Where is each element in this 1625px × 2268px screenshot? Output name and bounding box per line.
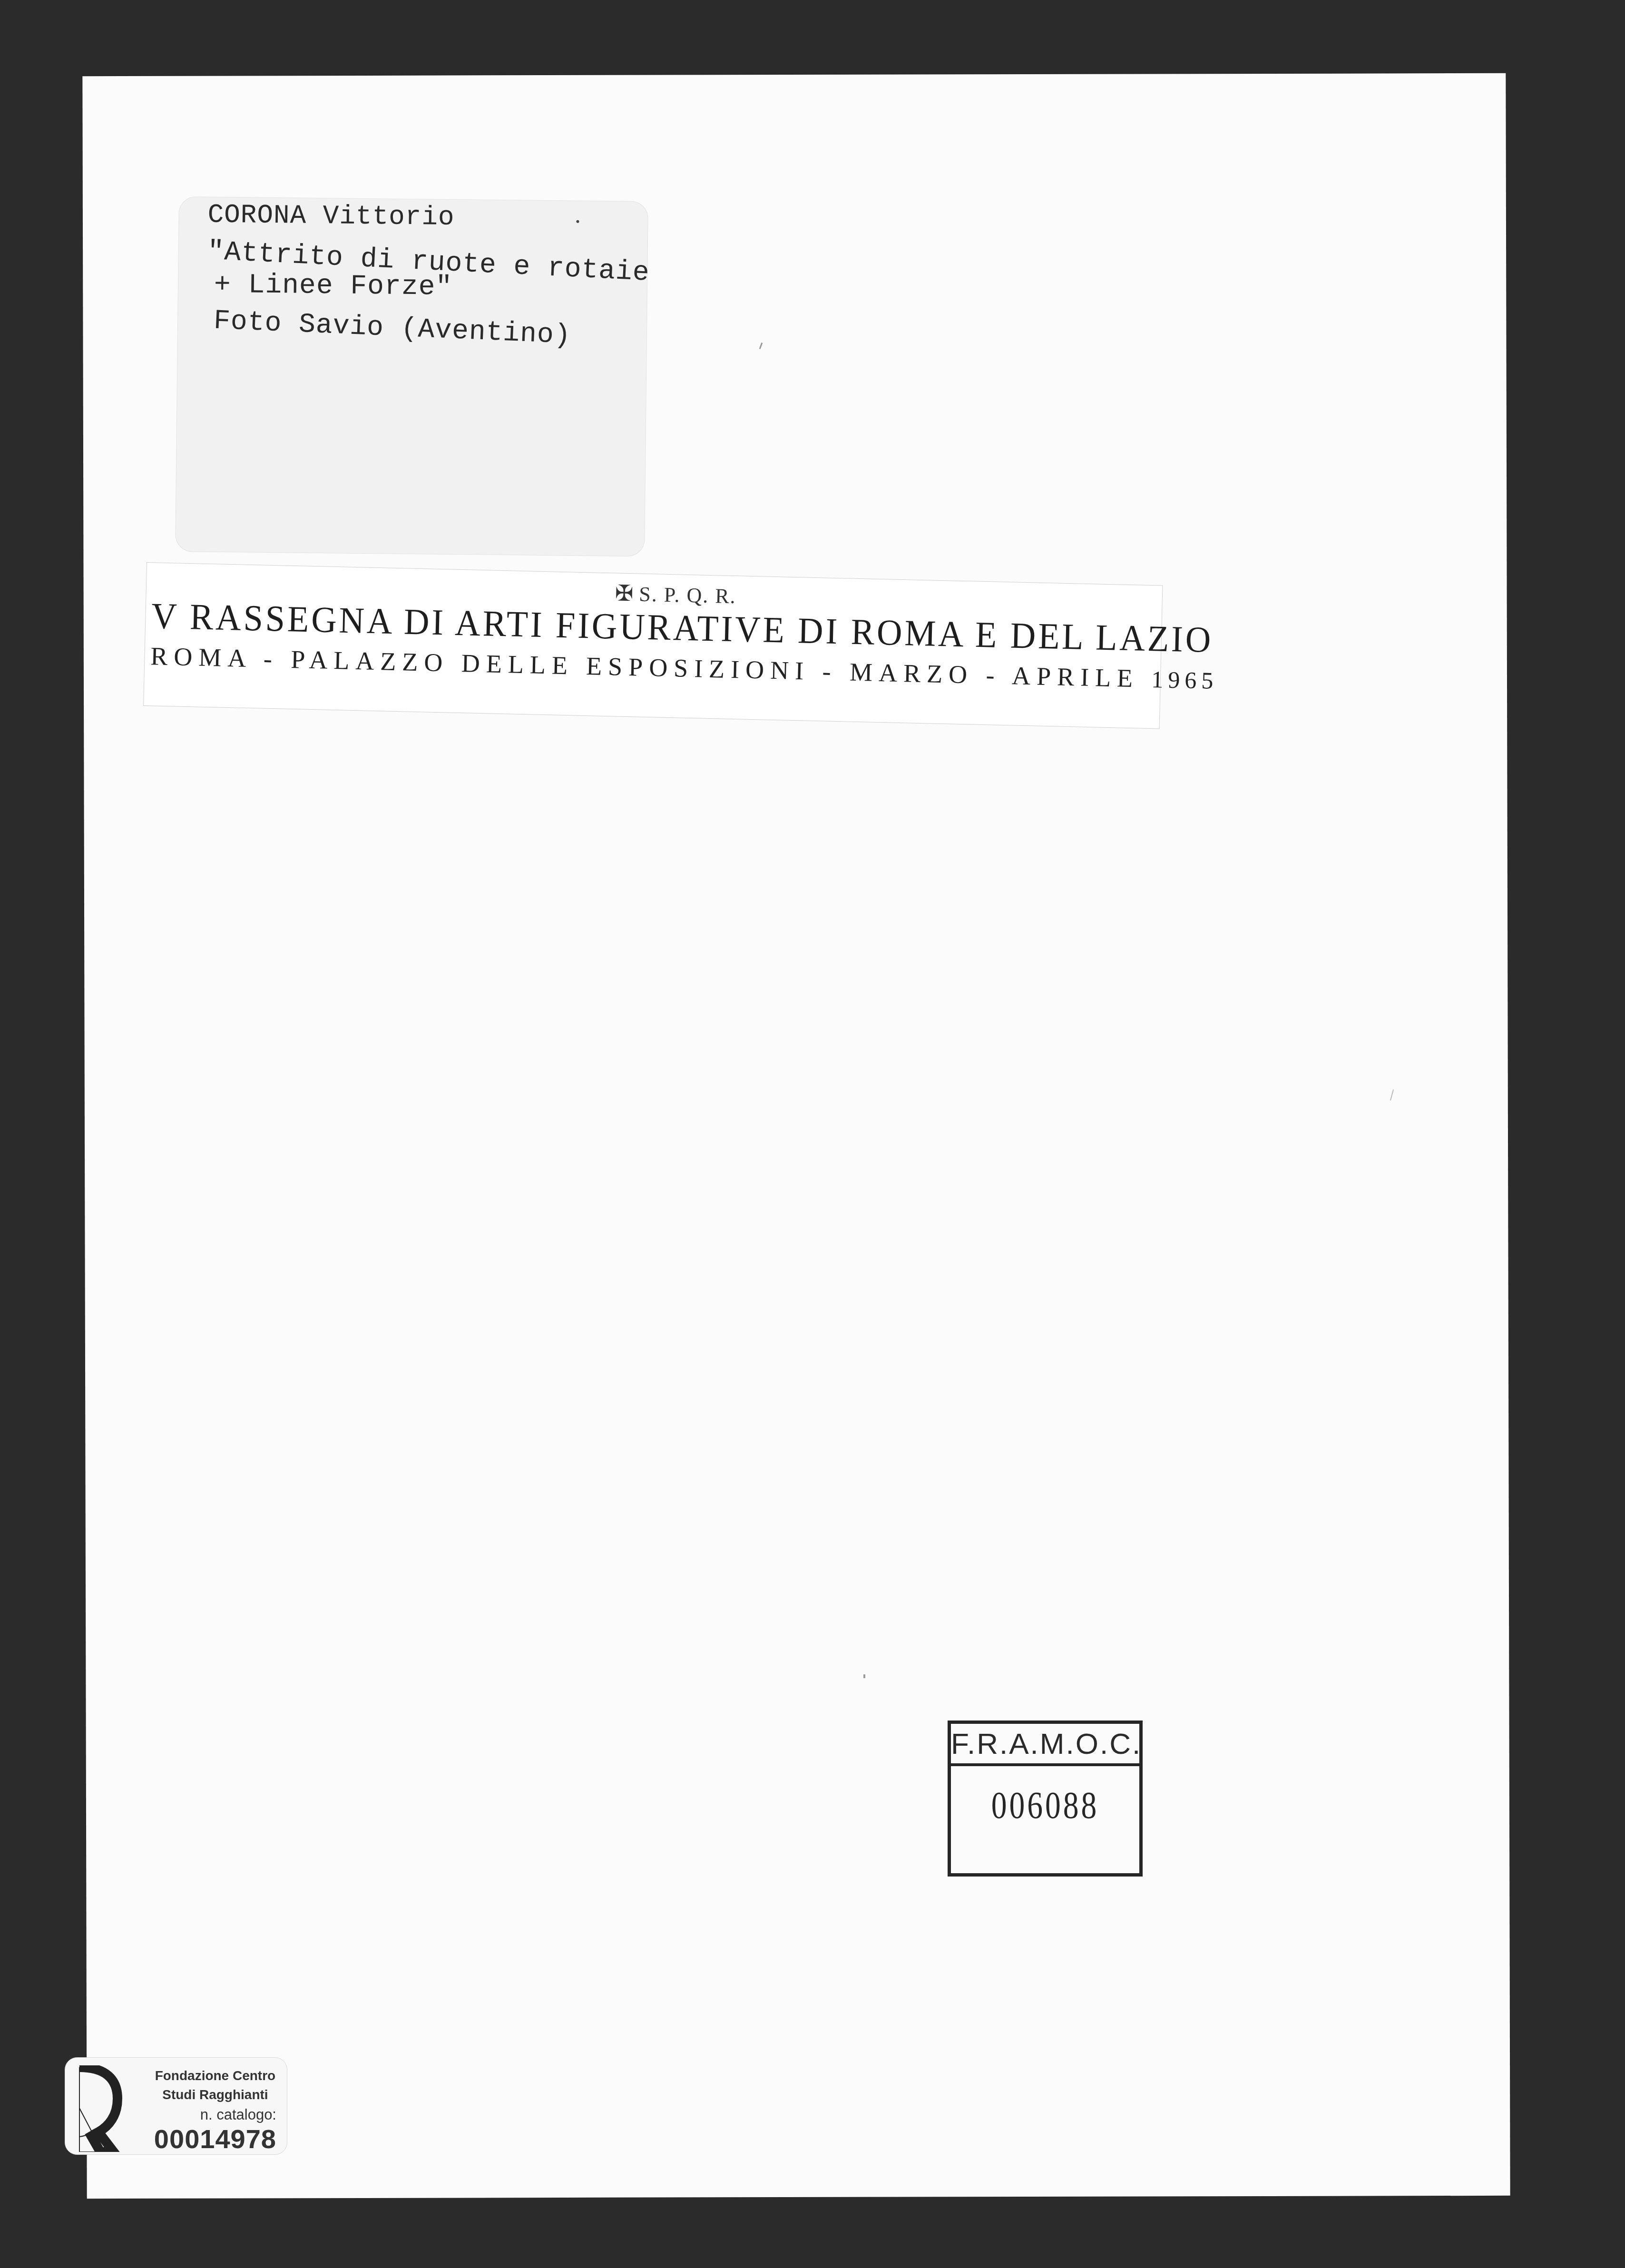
ink-fleck — [576, 220, 579, 223]
exhibition-year: 1965 — [1151, 666, 1218, 694]
stamp-number: 006088 — [968, 1784, 1123, 1828]
stamp-header: F.R.A.M.O.C. — [951, 1724, 1139, 1766]
catalog-sticker: Fondazione Centro Studi Ragghianti n. ca… — [65, 2057, 287, 2155]
cross-emblem-icon: ✠ — [615, 581, 635, 606]
catalog-number: 00014978 — [154, 2125, 276, 2153]
framoc-archive-stamp: F.R.A.M.O.C. 006088 — [948, 1721, 1143, 1877]
spqr-text: S. P. Q. R. — [639, 583, 736, 608]
sticker-text: Fondazione Centro Studi Ragghianti n. ca… — [154, 2066, 276, 2153]
exhibition-label: ✠S. P. Q. R. V RASSEGNA DI ARTI FIGURATI… — [143, 562, 1163, 729]
ragghianti-logo-icon — [78, 2065, 125, 2152]
artist-name: CORONA Vittorio — [207, 199, 455, 232]
artwork-title-line2: + Linee Forze" — [214, 270, 453, 303]
catalog-label: n. catalogo: — [154, 2104, 276, 2125]
typed-caption-card: CORONA Vittorio "Attrito di ruote e rota… — [175, 196, 648, 557]
foundation-name-line2: Studi Ragghianti — [154, 2085, 276, 2104]
photo-credit: Foto Savio (Aventino) — [213, 306, 572, 352]
paper-blemish — [863, 1674, 865, 1678]
foundation-name-line1: Fondazione Centro — [154, 2066, 276, 2085]
